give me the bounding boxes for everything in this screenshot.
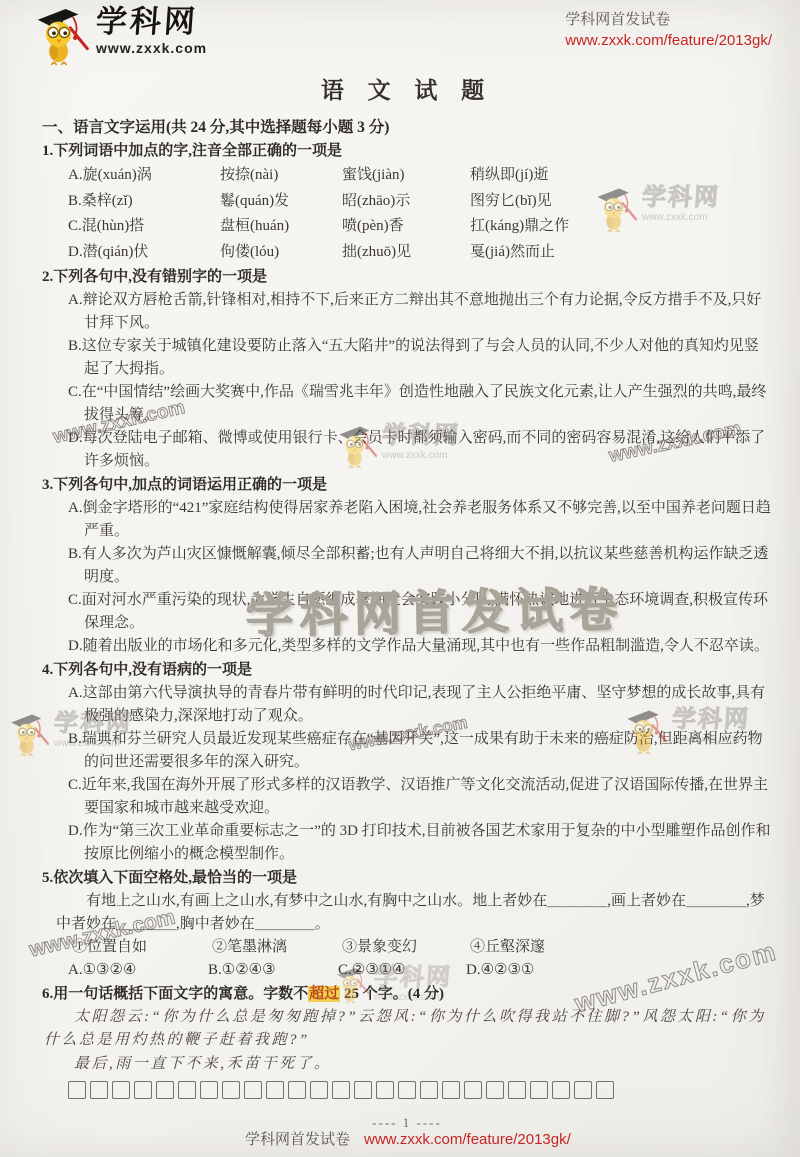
q5-phrase-1: ①位置自如: [72, 936, 212, 959]
question-4: 4.下列各句中,没有语病的一项是 A.这部由第六代导演执导的青春片带有鲜明的时代…: [42, 659, 772, 866]
q1-d-word2: 佝偻(lóu): [220, 240, 342, 266]
page-content: 学科网 www.zxxk.com 学科网首发试卷 www.zxxk.com/fe…: [42, 6, 772, 1131]
question-1-stem: 1.下列词语中加点的字,注音全部正确的一项是: [42, 140, 772, 163]
question-5: 5.依次填入下面空格处,最恰当的一项是 有地上之山水,有画上之山水,有梦中之山水…: [42, 867, 772, 982]
answer-box: [156, 1081, 174, 1099]
q5-phrases: ①位置自如 ②笔墨淋漓 ③景象变幻 ④丘壑深邃: [72, 936, 772, 959]
answer-box: [464, 1081, 482, 1099]
answer-box: [398, 1081, 416, 1099]
question-4-stem: 4.下列各句中,没有语病的一项是: [42, 659, 772, 682]
q1-b-word3: 昭(zhāo)示: [342, 189, 470, 215]
answer-box: [222, 1081, 240, 1099]
q1-d-word4: 戛(jiá)然而止: [470, 240, 772, 266]
answer-box: [266, 1081, 284, 1099]
q5-phrase-2: ②笔墨淋漓: [212, 936, 342, 959]
q6-fable-line2: 最后,雨一直下不来,禾苗干死了。: [44, 1053, 772, 1076]
q1-b-word2: 鬈(quán)发: [220, 189, 342, 215]
q1-b-word4: 图穷匕(bǐ)见: [470, 189, 772, 215]
question-3: 3.下列各句中,加点的词语运用正确的一项是 A.倒金字塔形的“421”家庭结构使…: [42, 474, 772, 658]
footer-release-url-link[interactable]: www.zxxk.com/feature/2013gk/: [364, 1131, 571, 1148]
answer-box: [134, 1081, 152, 1099]
q1-a-word4: 稍纵即(jí)逝: [470, 163, 772, 189]
answer-box: [310, 1081, 328, 1099]
q6-stem-highlight: 超过: [308, 986, 340, 1002]
q5-choice-c: C.②③①④: [338, 959, 466, 982]
q1-row-d: D.潜(qián)伏 佝偻(lóu) 拙(zhuō)见 戛(jiá)然而止: [68, 240, 772, 266]
header-release-info: 学科网首发试卷 www.zxxk.com/feature/2013gk/: [565, 6, 772, 49]
q1-a-word2: 按捺(nài): [220, 163, 342, 189]
answer-box: [420, 1081, 438, 1099]
page-footer: 学科网首发试卷www.zxxk.com/feature/2013gk/: [245, 1128, 571, 1149]
footer-release-label: 学科网首发试卷: [245, 1131, 350, 1148]
q1-row-a: A.旋(xuán)涡 按捺(nài) 蜜饯(jiàn) 稍纵即(jí)逝: [68, 163, 772, 189]
q1-row-c: C.混(hùn)搭 盘桓(huán) 喷(pèn)香 扛(káng)鼎之作: [68, 214, 772, 240]
q5-phrase-3: ③景象变幻: [342, 936, 470, 959]
question-1: 1.下列词语中加点的字,注音全部正确的一项是 A.旋(xuán)涡 按捺(nài…: [42, 140, 772, 265]
q1-a-word3: 蜜饯(jiàn): [342, 163, 470, 189]
answer-box: [354, 1081, 372, 1099]
answer-box: [442, 1081, 460, 1099]
q1-c-word1: 混(hùn)搭: [82, 218, 145, 234]
answer-box: [486, 1081, 504, 1099]
question-6: 6.用一句话概括下面文字的寓意。字数不超过 25 个字。(4 分) 太阳怨云:“…: [42, 983, 772, 1099]
exam-title: 语 文 试 题: [42, 72, 772, 105]
answer-box: [530, 1081, 548, 1099]
q1-a-label: A.: [68, 167, 83, 183]
page-header: 学科网 www.zxxk.com 学科网首发试卷 www.zxxk.com/fe…: [42, 6, 772, 66]
site-url: www.zxxk.com: [96, 41, 207, 55]
answer-box: [244, 1081, 262, 1099]
q3-option-d: D.随着出版业的市场化和多元化,类型多样的文学作品大量涌现,其中也有一些作品粗制…: [68, 635, 772, 658]
answer-boxes: [68, 1081, 772, 1099]
q1-a-word1: 旋(xuán)涡: [83, 167, 152, 183]
answer-box: [376, 1081, 394, 1099]
q1-d-word1: 潜(qián)伏: [83, 244, 149, 260]
question-2: 2.下列各句中,没有错别字的一项是 A.辩论双方唇枪舌箭,针锋相对,相持不下,后…: [42, 266, 772, 473]
answer-box: [332, 1081, 350, 1099]
answer-box: [288, 1081, 306, 1099]
question-3-stem: 3.下列各句中,加点的词语运用正确的一项是: [42, 474, 772, 497]
answer-box: [574, 1081, 592, 1099]
q5-choice-a: A.①③②④: [68, 959, 208, 982]
q6-fable-line1: 太阳怨云:“你为什么总是匆匆跑掉?”云怨风:“你为什么吹得我站不住脚?”风怨太阳…: [44, 1006, 772, 1052]
q3-option-b: B.有人多次为芦山灾区慷慨解囊,倾尽全部积蓄;也有人声明自己将细大不捐,以抗议某…: [68, 543, 772, 589]
q6-stem-post: 25 个字。(4 分): [340, 986, 444, 1002]
q1-row-b: B.桑梓(zǐ) 鬈(quán)发 昭(zhāo)示 图穷匕(bǐ)见: [68, 189, 772, 215]
question-5-stem: 5.依次填入下面空格处,最恰当的一项是: [42, 867, 772, 890]
answer-box: [552, 1081, 570, 1099]
q1-c-label: C.: [68, 218, 82, 234]
answer-box: [112, 1081, 130, 1099]
q2-option-d: D.每次登陆电子邮箱、微博或使用银行卡、会员卡时都须输入密码,而不同的密码容易混…: [68, 427, 772, 473]
q1-c-word4: 扛(káng)鼎之作: [470, 214, 772, 240]
owl-mascot-icon: [36, 6, 90, 66]
answer-box: [178, 1081, 196, 1099]
q1-b-word1: 桑梓(zǐ): [82, 193, 133, 209]
q5-phrase-4: ④丘壑深邃: [470, 936, 772, 959]
q1-c-word2: 盘桓(huán): [220, 214, 342, 240]
q3-option-c: C.面对河水严重污染的现状,大学生自愿组成暑期社会实践小分队,满怀热诚地进行生态…: [68, 589, 772, 635]
q1-b-label: B.: [68, 193, 82, 209]
zxxk-logo: 学科网 www.zxxk.com: [36, 6, 207, 66]
q4-option-a: A.这部由第六代导演执导的青春片带有鲜明的时代印记,表现了主人公拒绝平庸、坚守梦…: [68, 682, 772, 728]
q5-passage: 有地上之山水,有画上之山水,有梦中之山水,有胸中之山水。地上者妙在＿＿＿＿,画上…: [56, 890, 772, 936]
q1-c-word3: 喷(pèn)香: [342, 214, 470, 240]
q1-d-word3: 拙(zhuō)见: [342, 240, 470, 266]
answer-box: [200, 1081, 218, 1099]
answer-box: [508, 1081, 526, 1099]
q5-choice-b: B.①②④③: [208, 959, 338, 982]
release-url-link[interactable]: www.zxxk.com/feature/2013gk/: [565, 32, 772, 49]
q2-option-b: B.这位专家关于城镇化建设要防止落入“五大陷井”的说法得到了与会人员的认同,不少…: [68, 335, 772, 381]
q6-stem-pre: 6.用一句话概括下面文字的寓意。字数不: [42, 986, 308, 1002]
section-heading: 一、语言文字运用(共 24 分,其中选择题每小题 3 分): [42, 117, 772, 139]
answer-box: [596, 1081, 614, 1099]
site-name: 学科网: [95, 6, 208, 37]
q3-option-a: A.倒金字塔形的“421”家庭结构使得居家养老陷入困境,社会养老服务体系又不够完…: [68, 497, 772, 543]
q4-option-c: C.近年来,我国在海外开展了形式多样的汉语教学、汉语推广等文化交流活动,促进了汉…: [68, 774, 772, 820]
q5-choice-d: D.④②③①: [466, 959, 772, 982]
q2-option-c: C.在“中国情结”绘画大奖赛中,作品《瑞雪兆丰年》创造性地融入了民族文化元素,让…: [68, 381, 772, 427]
q4-option-b: B.瑞典和芬兰研究人员最近发现某些癌症存在“基因开关”,这一成果有助于未来的癌症…: [68, 728, 772, 774]
q4-option-d: D.作为“第三次工业革命重要标志之一”的 3D 打印技术,目前被各国艺术家用于复…: [68, 820, 772, 866]
answer-box: [68, 1081, 86, 1099]
question-6-stem: 6.用一句话概括下面文字的寓意。字数不超过 25 个字。(4 分): [42, 983, 772, 1006]
release-label: 学科网首发试卷: [565, 8, 772, 29]
question-2-stem: 2.下列各句中,没有错别字的一项是: [42, 266, 772, 289]
scanned-exam-page: 学科网 www.zxxk.com 学科网首发试卷 www.zxxk.com/fe…: [0, 0, 800, 1157]
q1-d-label: D.: [68, 244, 83, 260]
q2-option-a: A.辩论双方唇枪舌箭,针锋相对,相持不下,后来正方二辩出其不意地抛出三个有力论据…: [68, 289, 772, 335]
q5-choices: A.①③②④ B.①②④③ C.②③①④ D.④②③①: [68, 959, 772, 982]
answer-box: [90, 1081, 108, 1099]
